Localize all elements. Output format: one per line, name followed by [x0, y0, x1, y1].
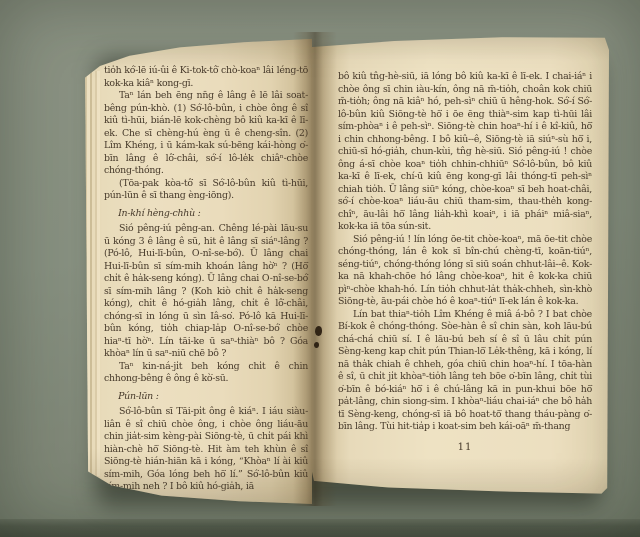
photo-background: tio̍h kó͘-lē iú-ûi ê Ki-tok-tô͘ chò-koaⁿ…	[0, 0, 640, 537]
ink-spot	[314, 342, 319, 348]
paragraph: Taⁿ lán beh ēng nn̄g ê lâng ê lē lâi soa…	[104, 90, 308, 178]
table-edge	[0, 519, 640, 537]
page-edge-stack-left	[85, 71, 100, 476]
page-10-text-column: tio̍h kó͘-lē iú-ûi ê Ki-tok-tô͘ chò-koaⁿ…	[104, 65, 308, 514]
paragraph: Lín bat thiaⁿ-tio̍h Lîm Khéng ê miâ á-bô…	[338, 309, 592, 434]
paragraph: Só͘-lô-bûn sī Tāi-pi̍t ông ê kiáⁿ. I iáu…	[104, 406, 308, 494]
paragraph: Sió pêng-iú ! lín lóng ōe-tit chòe-koaⁿ,…	[338, 234, 592, 309]
section-heading: In-khí hèng-chhù :	[118, 208, 308, 221]
page-11-text-column: bô kiû tn̂g-hè-siū, iā lóng bô kiû ka-kī…	[338, 71, 592, 454]
paragraph-continuation: tio̍h kó͘-lē iú-ûi ê Ki-tok-tô͘ chò-koaⁿ…	[104, 65, 308, 90]
paragraph: Taⁿ kin-ná-ji̍t beh kóng chi̍t ê chin ch…	[104, 361, 308, 386]
book-page-left: tio̍h kó͘-lē iú-ûi ê Ki-tok-tô͘ chò-koaⁿ…	[84, 38, 312, 504]
paragraph-continuation: bô kiû tn̂g-hè-siū, iā lóng bô kiû ka-kī…	[338, 71, 592, 234]
paragraph: Sió pêng-iú pêng-an. Chêng lé-pài lāu-su…	[104, 223, 308, 361]
paragraph: (Tōa-pak kòa-tô͘ sī Só͘-lô-bûn kiû tì-hū…	[104, 178, 308, 203]
ink-spot	[315, 326, 322, 336]
section-heading: Pún-lūn :	[118, 391, 308, 404]
book-page-right: bô kiû tn̂g-hè-siū, iā lóng bô kiû ka-kī…	[311, 33, 609, 505]
page-number-right: 11	[338, 442, 592, 455]
